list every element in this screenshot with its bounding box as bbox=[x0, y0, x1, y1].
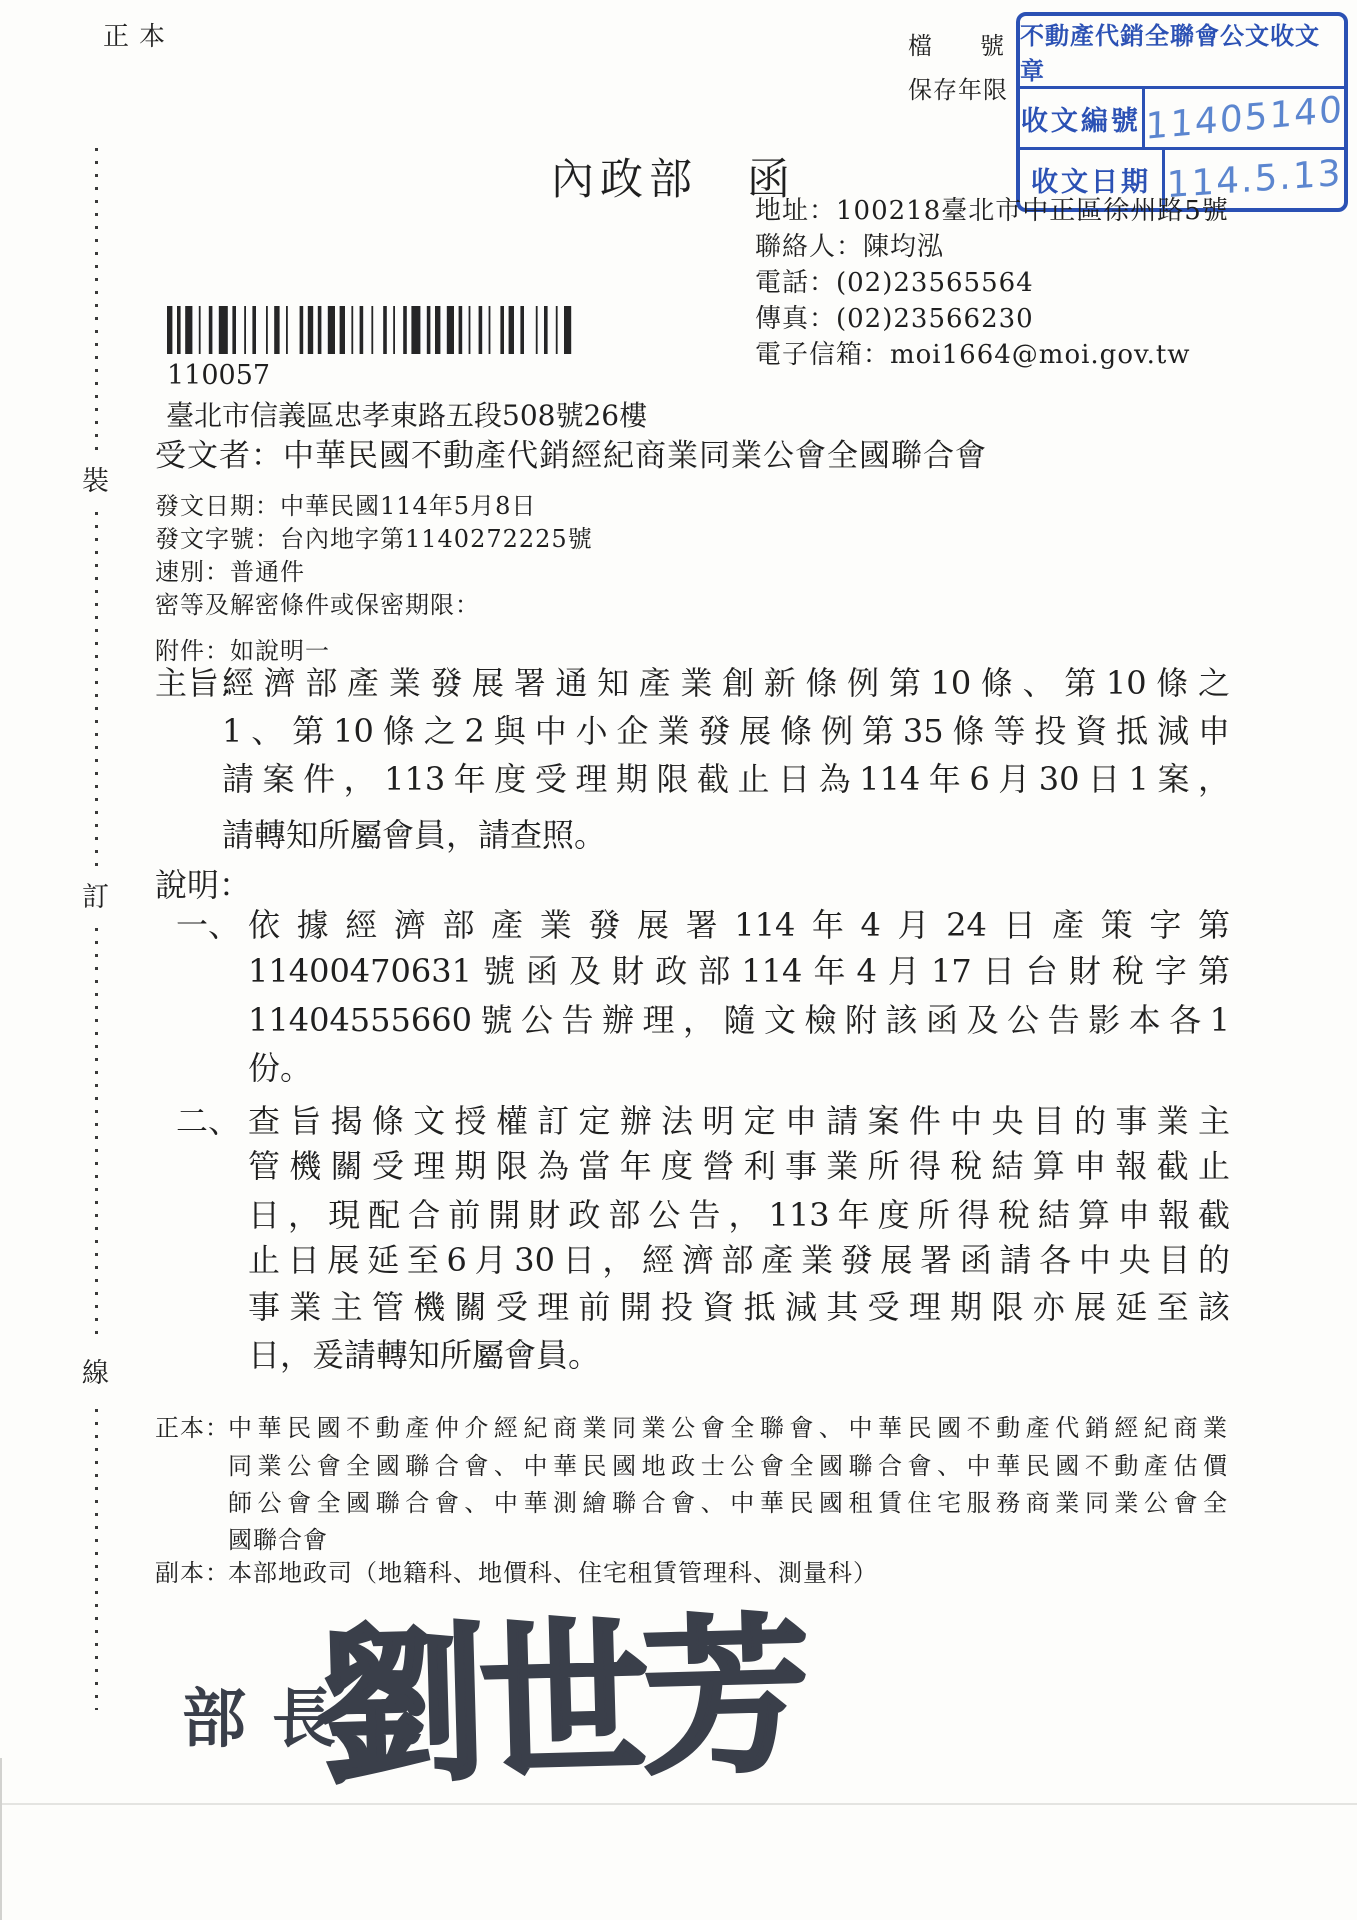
explanation-item2-line: 止日展延至6月30日，經濟部產業發展署函請各中央目的 bbox=[248, 1240, 1230, 1280]
binding-mark-ding: 訂 bbox=[82, 866, 109, 923]
explanation-item2-line: 事業主管機關受理前開投資抵減其受理期限亦展延至該 bbox=[248, 1287, 1230, 1327]
original-copy-line: 同業公會全國聯合會、中華民國地政士公會全國聯合會、中華民國不動產估價 bbox=[228, 1446, 1228, 1481]
receipt-stamp-title: 不動產代銷全聯會公文收文章 bbox=[1020, 16, 1344, 89]
binding-dotted-line bbox=[95, 148, 98, 1710]
binding-mark-xian: 線 bbox=[82, 1342, 109, 1399]
addressee-line: 受文者：中華民國不動產代銷經紀商業同業公會全國聯合會 bbox=[155, 430, 987, 475]
subject-line: 請案件，113年度受理期限截止日為114年6月30日1案， bbox=[222, 759, 1230, 799]
explanation-item2-line: 日，現配合前開財政部公告，113年度所得稅結算申報截 bbox=[248, 1195, 1230, 1235]
explanation-item2-line: 查旨揭條文授權訂定辦法明定申請案件中央目的事業主 bbox=[248, 1101, 1230, 1141]
priority-line: 速別：普通件 bbox=[155, 552, 305, 587]
cc-copy-label: 副本： bbox=[155, 1553, 230, 1588]
recipient-mailing-address: 臺北市信義區忠孝東路五段508號26樓 bbox=[166, 394, 647, 434]
binding-mark-zhuang: 裝 bbox=[82, 450, 109, 507]
receipt-number-row: 收文編號 11405140 bbox=[1020, 89, 1344, 147]
security-line: 密等及解密條件或保密期限： bbox=[155, 585, 480, 620]
explanation-item2-line: 日，爰請轉知所屬會員。 bbox=[248, 1335, 600, 1375]
explanation-item2-marker: 二、 bbox=[176, 1101, 240, 1141]
retention-period-label: 保存年限 bbox=[908, 70, 1008, 105]
barcode-number: 110057 bbox=[167, 360, 270, 391]
issue-date-line: 發文日期：中華民國114年5月8日 bbox=[155, 486, 536, 521]
original-copy-line: 中華民國不動產仲介經紀商業同業公會全聯會、中華民國不動產代銷經紀商業 bbox=[228, 1408, 1228, 1443]
minister-signature: 劉世芳 bbox=[315, 1562, 807, 1816]
explanation-item1-line: 份。 bbox=[248, 1048, 312, 1088]
explanation-item1-line: 11404555660號公告辦理，隨文檢附該函及公告影本各1 bbox=[248, 1000, 1230, 1040]
sender-phone: 電話：(02)23565564 bbox=[755, 265, 1229, 301]
original-copy-line: 國聯合會 bbox=[228, 1520, 328, 1555]
explanation-label: 說明： bbox=[155, 865, 251, 905]
subject-line: 1、第10條之2與中小企業發展條例第35條等投資抵減申 bbox=[222, 711, 1230, 751]
doc-number-line: 發文字號：台內地字第1140272225號 bbox=[155, 519, 593, 554]
original-copy-label: 正本： bbox=[155, 1408, 230, 1443]
explanation-item1-line: 11400470631號函及財政部114年4月17日台財稅字第 bbox=[248, 951, 1230, 991]
attachment-line: 附件：如說明一 bbox=[155, 631, 330, 666]
barcode bbox=[167, 306, 667, 354]
original-copy-line: 師公會全國聯合會、中華測繪聯合會、中華民國租賃住宅服務商業同業公會全 bbox=[228, 1483, 1228, 1518]
sender-info-block: 地址：100218臺北市中正區徐州路5號 聯絡人：陳均泓 電話：(02)2356… bbox=[755, 193, 1229, 373]
copy-type-label: 正本 bbox=[103, 16, 175, 53]
receipt-stamp: 不動產代銷全聯會公文收文章 收文編號 11405140 收文日期 114.5.1… bbox=[1016, 12, 1348, 212]
explanation-item1-marker: 一、 bbox=[176, 905, 240, 945]
scan-left-edge-line bbox=[0, 1758, 2, 1920]
receipt-number-value: 11405140 bbox=[1145, 80, 1344, 156]
explanation-item2-line: 管機關受理期限為當年度營利事業所得稅結算申報截止 bbox=[248, 1146, 1230, 1186]
file-number-label: 檔 號 bbox=[908, 26, 1006, 61]
sender-address: 地址：100218臺北市中正區徐州路5號 bbox=[755, 193, 1229, 229]
sender-contact-person: 聯絡人：陳均泓 bbox=[755, 229, 1229, 265]
sender-fax: 傳真：(02)23566230 bbox=[755, 301, 1229, 337]
subject-line: 經濟部產業發展署通知產業創新條例第10條、第10條之 bbox=[222, 663, 1230, 703]
sender-email: 電子信箱：moi1664@moi.gov.tw bbox=[755, 337, 1229, 373]
subject-line: 請轉知所屬會員，請查照。 bbox=[222, 815, 606, 855]
receipt-number-label: 收文編號 bbox=[1020, 89, 1145, 147]
scan-page-edge-line bbox=[0, 1803, 1357, 1805]
explanation-item1-line: 依據經濟部產業發展署114年4月24日產策字第 bbox=[248, 905, 1230, 945]
document-page: 正本 檔 號 保存年限 不動產代銷全聯會公文收文章 收文編號 11405140 … bbox=[0, 0, 1357, 1920]
